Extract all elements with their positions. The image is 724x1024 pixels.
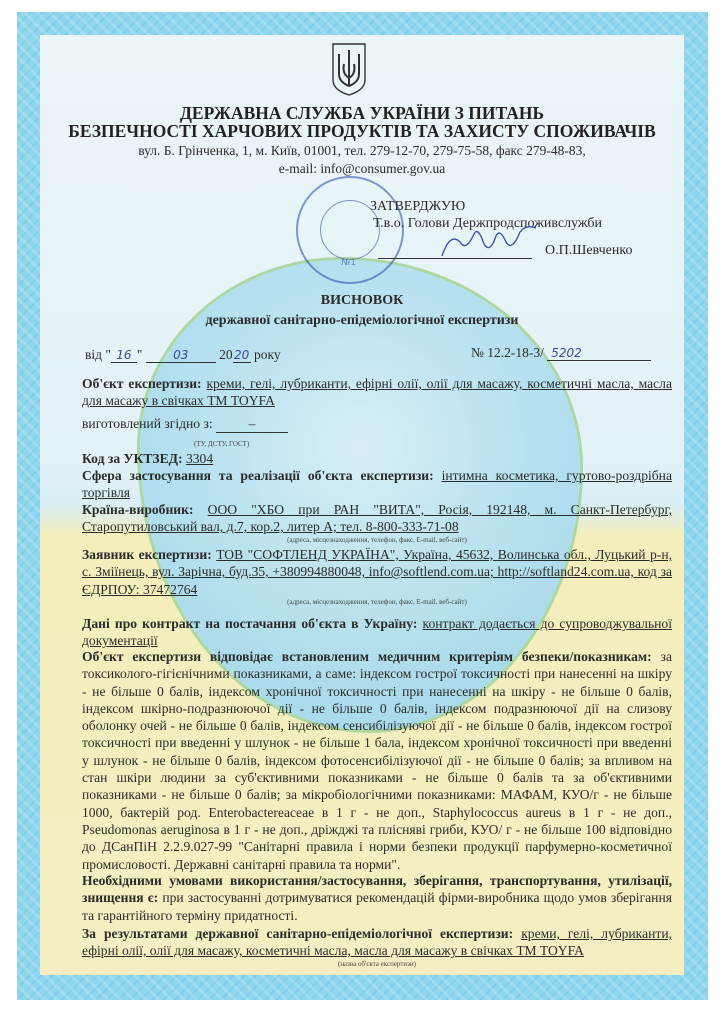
org-address: вул. Б. Грінченка, 1, м. Київ, 01001, те… bbox=[0, 143, 724, 159]
country-field: Країна-виробник: ООО "ХБО при РАН "ВИТА"… bbox=[82, 501, 672, 545]
document-number: № 12.2-18-3/ 5202 bbox=[471, 345, 651, 361]
sphere-label: Сфера застосування та реалізації об'єкта… bbox=[82, 468, 434, 483]
date-day: 16 bbox=[111, 348, 137, 363]
signature-icon bbox=[440, 222, 540, 262]
approve-label: ЗАТВЕРДЖУЮ bbox=[370, 199, 465, 215]
trident-icon bbox=[330, 42, 368, 96]
results-field: За результатами державної санітарно-епід… bbox=[82, 925, 672, 969]
contract-label: Дані про контракт на постачання об'єкта … bbox=[82, 616, 417, 631]
document-content: ДЕРЖАВНА СЛУЖБА УКРАЇНИ З ПИТАНЬ БЕЗПЕЧН… bbox=[0, 0, 724, 1024]
made-value: – bbox=[216, 415, 288, 433]
conditions-field: Необхідними умовами використання/застосу… bbox=[82, 872, 672, 924]
code-label: Код за УКТЗЕД: bbox=[82, 451, 183, 466]
object-field: Об'єкт експертизи: креми, гелі, лубрикан… bbox=[82, 375, 672, 410]
date-month: 03 bbox=[146, 348, 216, 363]
seal-number: №1 bbox=[341, 258, 356, 268]
date-year-suffix: 20 bbox=[233, 348, 251, 363]
criteria-field: Об'єкт експертизи відповідає встановлени… bbox=[82, 648, 672, 873]
org-name-line2: БЕЗПЕЧНОСТІ ХАРЧОВИХ ПРОДУКТІВ ТА ЗАХИСТ… bbox=[0, 121, 724, 142]
signature-line bbox=[378, 258, 532, 259]
criteria-label: Об'єкт експертизи відповідає встановлени… bbox=[82, 649, 652, 664]
results-label: За результатами державної санітарно-епід… bbox=[82, 926, 513, 941]
country-label: Країна-виробник: bbox=[82, 502, 194, 517]
code-value: 3304 bbox=[186, 451, 213, 466]
applicant-field: Заявник експертизи: ТОВ "СОФТЛЕНД УКРАЇН… bbox=[82, 546, 672, 607]
date-suffix: року bbox=[254, 347, 281, 362]
criteria-value: за токсиколого-гігієнічними показниками,… bbox=[82, 649, 672, 872]
date-quote: " bbox=[137, 347, 143, 362]
document-title: ВИСНОВОК bbox=[0, 293, 724, 309]
object-label: Об'єкт експертизи: bbox=[82, 376, 202, 391]
number-prefix: № 12.2-18-3/ bbox=[471, 345, 544, 360]
date-year-prefix: 20 bbox=[219, 347, 233, 362]
contract-field: Дані про контракт на постачання об'єкта … bbox=[82, 615, 672, 650]
applicant-hint: (адреса, місцезнаходження, телефон, факс… bbox=[82, 598, 672, 607]
code-field: Код за УКТЗЕД: 3304 bbox=[82, 450, 672, 467]
sphere-field: Сфера застосування та реалізації об'єкта… bbox=[82, 467, 672, 502]
applicant-label: Заявник експертизи: bbox=[82, 547, 212, 562]
results-hint: (назва об'єкта експертизи) bbox=[82, 960, 672, 969]
conditions-value: при застосуванні дотримуватися рекоменда… bbox=[82, 890, 672, 922]
made-label: виготовлений згідно з: bbox=[82, 416, 213, 431]
date-prefix: від " bbox=[85, 347, 111, 362]
issue-date: від "16" 03 2020 року bbox=[85, 347, 281, 363]
org-email: e-mail: info@consumer.gov.ua bbox=[0, 161, 724, 177]
country-hint: (адреса, місцезнаходження, телефон, факс… bbox=[82, 536, 672, 545]
number-value: 5202 bbox=[547, 346, 651, 361]
made-field: виготовлений згідно з: – (ТУ, ДСТУ, ГОСТ… bbox=[82, 415, 672, 454]
document-subtitle: державної санітарно-епідеміологічної екс… bbox=[0, 313, 724, 329]
signer-name: О.П.Шевченко bbox=[545, 243, 632, 259]
